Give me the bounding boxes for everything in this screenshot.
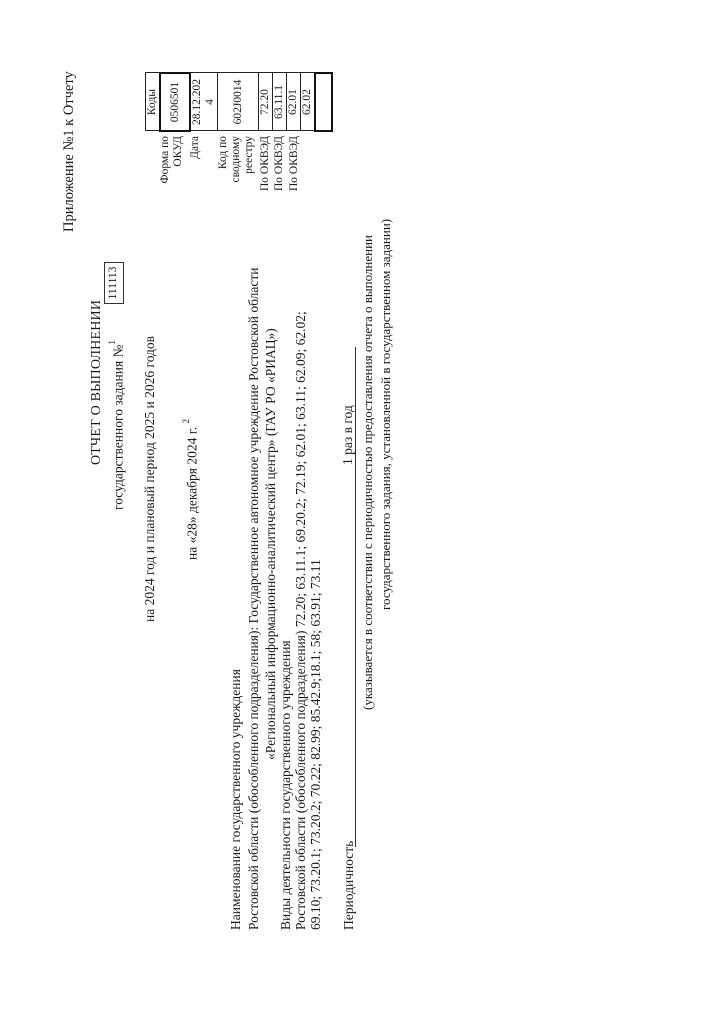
institution-name-line2: «Региональный информационно-аналитически… [264, 328, 278, 760]
codes-header: Коды [146, 73, 161, 131]
periodicity-caption-line1: (указывается в соответствии с периодично… [361, 235, 374, 710]
code-okved-2: 63.11.1 [273, 73, 287, 131]
periodicity-value: 1 раз в год [341, 405, 355, 465]
code-okved-1: 72.20 [259, 73, 273, 131]
code-label-date: Дата [189, 136, 202, 159]
code-label-okud: Форма поОКУД [159, 136, 185, 184]
report-subtitle: государственного задания №1 [110, 340, 125, 510]
codes-table: Коды 0506501 28.12.2024 602J0014 72.20 6… [145, 72, 333, 132]
periodicity-caption-line2: государственного задания, установленной … [379, 219, 392, 610]
appendix-label: Приложение №1 к Отчету [62, 71, 77, 232]
code-okud: 0506501 [160, 73, 190, 131]
subtitle-text: государственного задания № [111, 345, 126, 510]
code-label-registry: Код посводномуреестру [217, 136, 256, 182]
activities-line2: 69.10; 73.20.1; 73.20.2; 70.22; 82.99; 8… [309, 559, 323, 930]
subtitle-footnote: 1 [107, 340, 117, 345]
periodicity-underline [355, 347, 356, 847]
periodicity-label: Периодичность [342, 841, 356, 930]
code-label-okved-1: По ОКВЭД [259, 136, 272, 191]
activities-line1: Ростовской области (обособленного подраз… [294, 311, 308, 930]
code-date: 28.12.2024 [190, 73, 218, 131]
activities-heading: Виды деятельности государственного учреж… [279, 640, 293, 930]
code-empty [315, 73, 332, 131]
report-title: ОТЧЕТ О ВЫПОЛНЕНИИ [90, 300, 104, 465]
institution-name-heading: Наименование государственного учреждения [229, 669, 243, 930]
institution-name-line1: Ростовской области (обособленного подраз… [247, 268, 261, 930]
code-registry: 602J0014 [218, 73, 259, 131]
document-page: Приложение №1 к Отчету ОТЧЕТ О ВЫПОЛНЕНИ… [0, 0, 720, 1010]
report-date: на «28» декабря 2024 г. 2 [184, 419, 199, 560]
code-okved-4: 62.02 [301, 73, 316, 131]
date-text: на «28» декабря 2024 г. [185, 427, 200, 560]
code-label-okved-2: По ОКВЭД [273, 136, 286, 191]
report-period: на 2024 год и плановый период 2025 и 202… [143, 336, 157, 622]
code-label-okved-3: По ОКВЭД [288, 136, 301, 191]
date-footnote: 2 [181, 419, 191, 424]
registry-number-box: 111113 [104, 262, 124, 304]
code-okved-3: 62.01 [287, 73, 301, 131]
